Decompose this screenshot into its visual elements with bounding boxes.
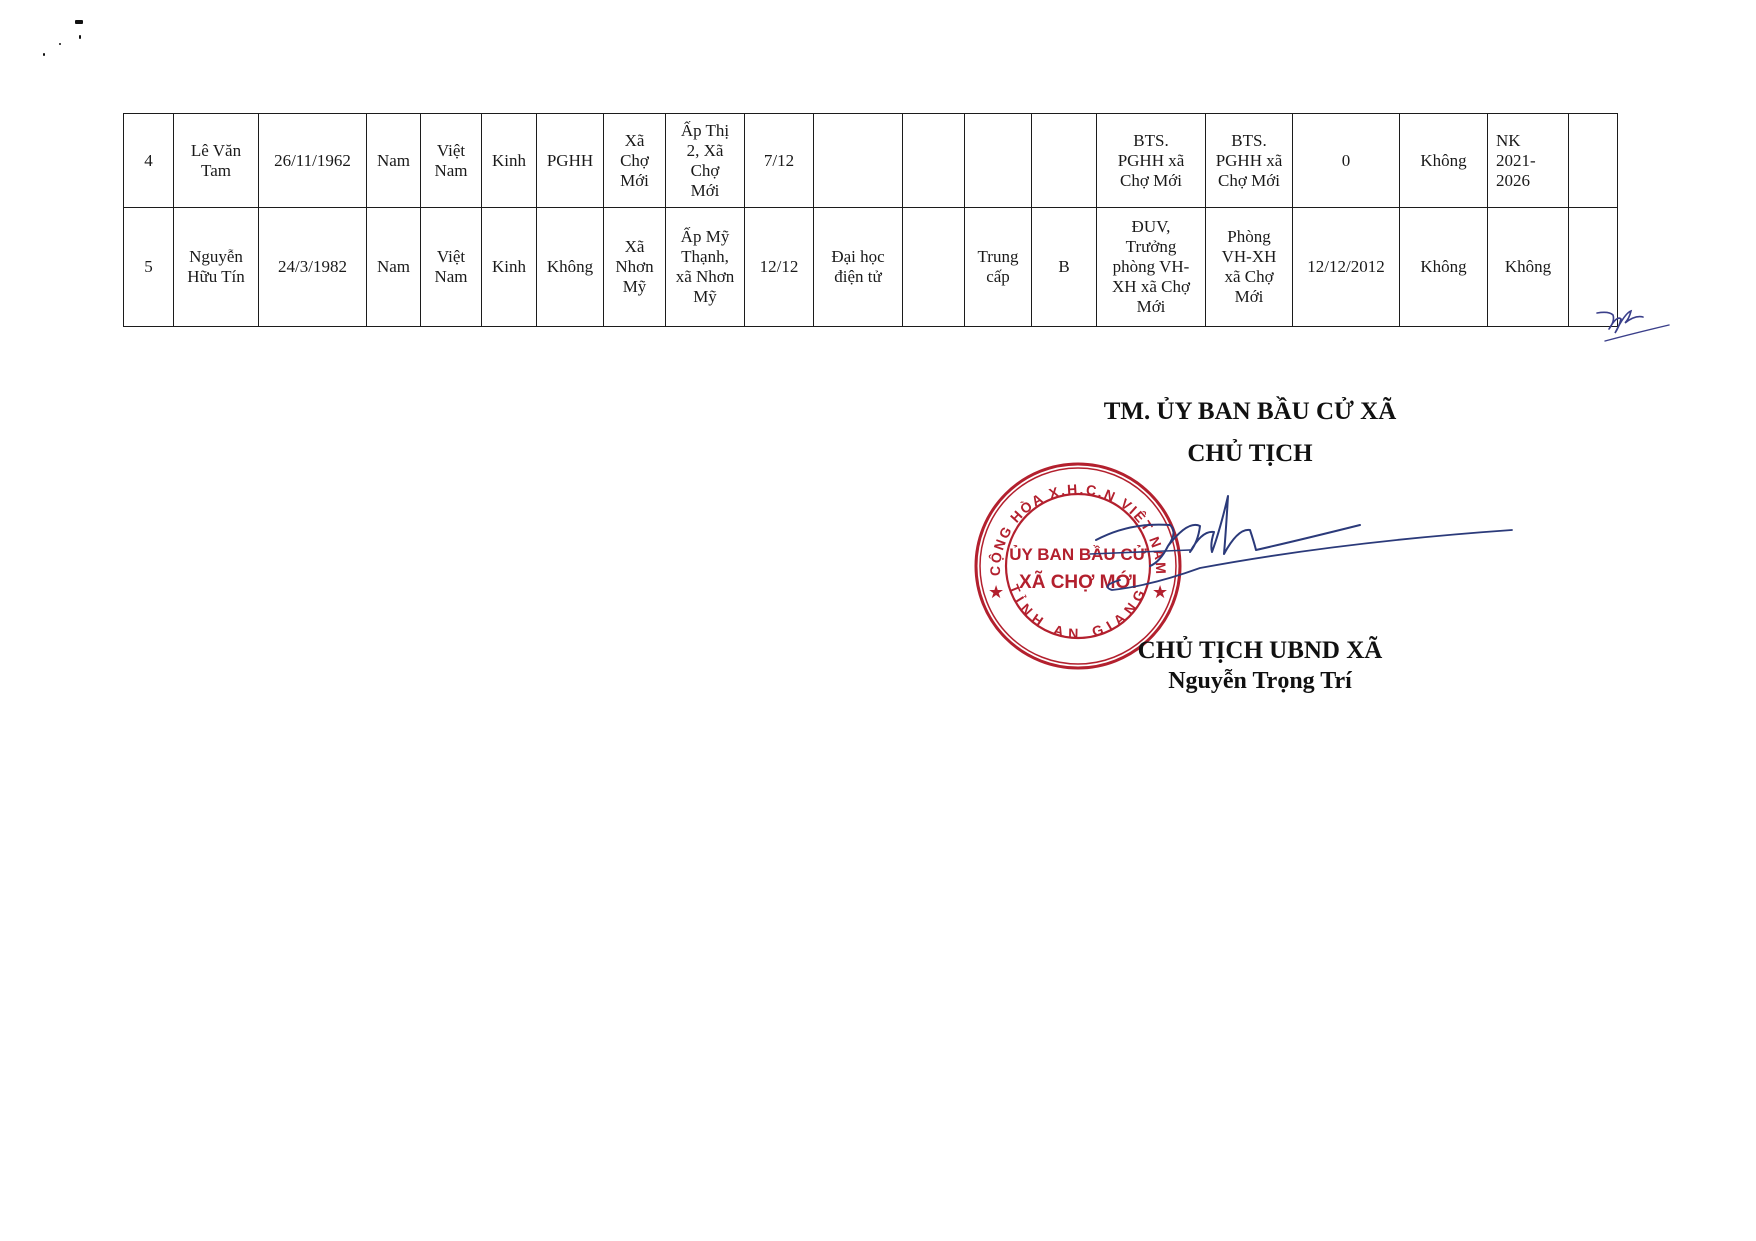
cell-occupation-position: ĐUV, Trưởng phòng VH- XH xã Chợ Mới: [1097, 208, 1206, 327]
scan-speck: [59, 43, 61, 45]
cell-academic-degree: [903, 114, 965, 208]
cell-professional-training: [814, 114, 903, 208]
cell-academic-degree: [903, 208, 965, 327]
cell-name: Nguyễn Hữu Tín: [174, 208, 259, 327]
cell-notes: [1569, 114, 1618, 208]
candidates-table: 4 Lê Văn Tam 26/11/1962 Nam Việt Nam Kin…: [123, 113, 1618, 327]
cell-party-join-date: 0: [1293, 114, 1400, 208]
cell-professional-training: Đại học điện tử: [814, 208, 903, 327]
cell-residence: Ấp Thị 2, Xã Chợ Mới: [666, 114, 745, 208]
cell-political-theory: Trung cấp: [965, 208, 1032, 327]
cell-gender: Nam: [367, 208, 421, 327]
cell-hometown: Xã Chợ Mới: [604, 114, 666, 208]
svg-text:★: ★: [988, 582, 1004, 603]
cell-hometown: Xã Nhơn Mỹ: [604, 208, 666, 327]
scan-speck: [75, 20, 83, 24]
cell-general-education: 12/12: [745, 208, 814, 327]
cell-party-join-date: 12/12/2012: [1293, 208, 1400, 327]
cell-stt: 5: [124, 208, 174, 327]
scan-speck: [79, 35, 81, 39]
cell-national-assembly-member: Không: [1400, 114, 1488, 208]
signature-heading: TM. ỦY BAN BẦU CỬ XÃ: [1080, 398, 1420, 426]
cell-religion: PGHH: [537, 114, 604, 208]
cell-workplace: BTS. PGHH xã Chợ Mới: [1206, 114, 1293, 208]
table-row: 5 Nguyễn Hữu Tín 24/3/1982 Nam Việt Nam …: [124, 208, 1618, 327]
cell-gender: Nam: [367, 114, 421, 208]
signer-name: Nguyễn Trọng Trí: [1100, 668, 1420, 695]
handwritten-signature-icon: [1060, 470, 1530, 620]
cell-peoples-council-member: NK 2021- 2026: [1488, 114, 1569, 208]
cell-name: Lê Văn Tam: [174, 114, 259, 208]
cell-dob: 24/3/1982: [259, 208, 367, 327]
signer-position: CHỦ TỊCH UBND XÃ: [1100, 637, 1420, 665]
cell-occupation-position: BTS. PGHH xã Chợ Mới: [1097, 114, 1206, 208]
cell-general-education: 7/12: [745, 114, 814, 208]
cell-nationality: Việt Nam: [421, 114, 482, 208]
table-row: 4 Lê Văn Tam 26/11/1962 Nam Việt Nam Kin…: [124, 114, 1618, 208]
cell-foreign-language: [1032, 114, 1097, 208]
cell-religion: Không: [537, 208, 604, 327]
cell-dob: 26/11/1962: [259, 114, 367, 208]
cell-peoples-council-member: Không: [1488, 208, 1569, 327]
cell-national-assembly-member: Không: [1400, 208, 1488, 327]
initials-signature-icon: [1595, 305, 1675, 355]
cell-workplace: Phòng VH-XH xã Chợ Mới: [1206, 208, 1293, 327]
cell-ethnicity: Kinh: [482, 114, 537, 208]
cell-ethnicity: Kinh: [482, 208, 537, 327]
cell-political-theory: [965, 114, 1032, 208]
cell-stt: 4: [124, 114, 174, 208]
cell-foreign-language: B: [1032, 208, 1097, 327]
cell-residence: Ấp Mỹ Thạnh, xã Nhơn Mỹ: [666, 208, 745, 327]
scan-speck: [43, 53, 45, 56]
cell-nationality: Việt Nam: [421, 208, 482, 327]
